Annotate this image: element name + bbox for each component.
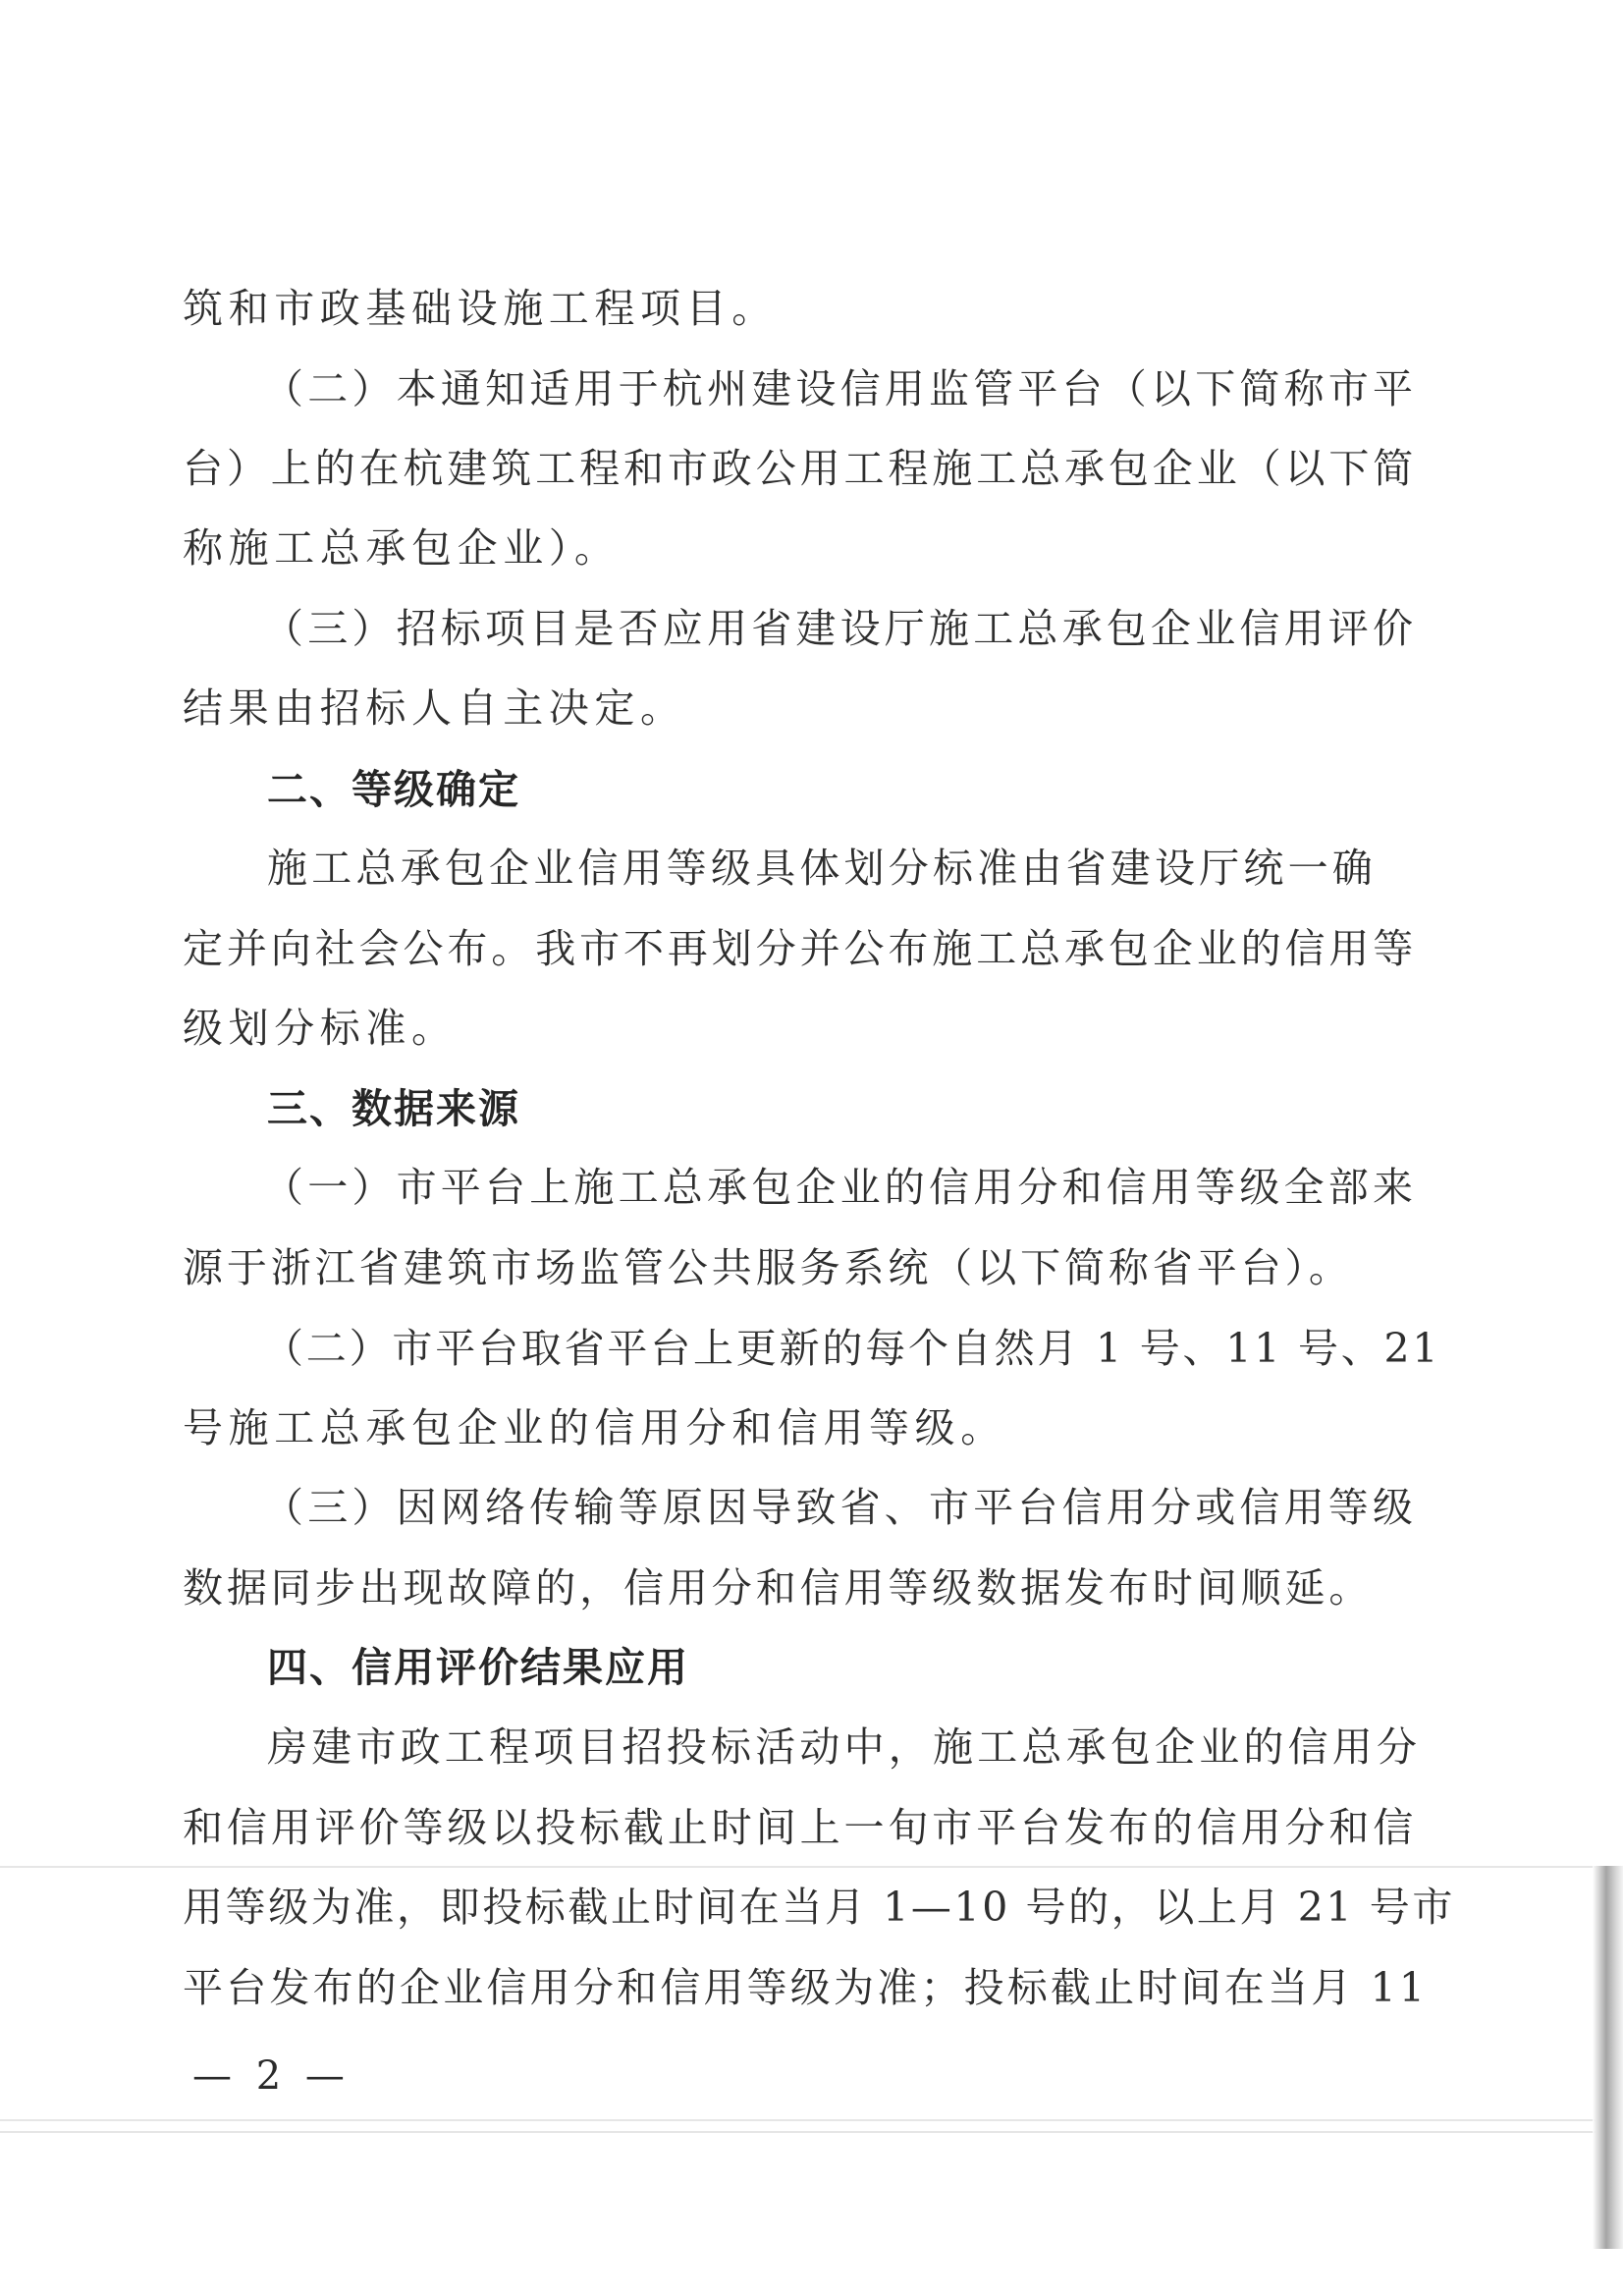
scan-edge-shadow bbox=[1593, 1866, 1623, 2249]
scan-artifact-line bbox=[0, 2119, 1596, 2121]
scan-artifact-line bbox=[0, 1866, 1596, 1868]
document-page: 筑和市政基础设施工程项目。 （二）本通知适用于杭州建设信用监管平台（以下简称市平… bbox=[0, 0, 1623, 2296]
paragraph-line: 房建市政工程项目招投标活动中，施工总承包企业的信用分 bbox=[267, 1722, 1485, 1773]
paragraph-line: 施工总承包企业信用等级具体划分标准由省建设厅统一确 bbox=[267, 843, 1485, 894]
text-line: 筑和市政基础设施工程项目。 bbox=[183, 283, 1400, 334]
text-line: 结果由招标人自主决定。 bbox=[183, 683, 1400, 734]
text-line: 级划分标准。 bbox=[183, 1003, 1400, 1054]
text-line: 用等级为准，即投标截止时间在当月 1—10 号的，以上月 21 号市 bbox=[183, 1882, 1400, 1933]
text-line: 源于浙江省建筑市场监管公共服务系统（以下简称省平台）。 bbox=[183, 1242, 1400, 1293]
text-line: 数据同步出现故障的，信用分和信用等级数据发布时间顺延。 bbox=[183, 1562, 1400, 1613]
text-line: 称施工总承包企业）。 bbox=[183, 522, 1400, 574]
text-line: 和信用评价等级以投标截止时间上一旬市平台发布的信用分和信 bbox=[183, 1802, 1400, 1853]
paragraph-line: （二）本通知适用于杭州建设信用监管平台（以下简称市平 bbox=[263, 363, 1402, 414]
paragraph-line: （二）市平台取省平台上更新的每个自然月 1 号、11 号、21 bbox=[263, 1323, 1481, 1374]
paragraph-line: （三）招标项目是否应用省建设厅施工总承包企业信用评价 bbox=[263, 603, 1481, 654]
scan-artifact-line bbox=[0, 2131, 1596, 2133]
section-heading-grade: 二、等级确定 bbox=[267, 764, 1485, 815]
text-line: 平台发布的企业信用分和信用等级为准；投标截止时间在当月 11 bbox=[183, 1962, 1400, 2013]
paragraph-line: （一）市平台上施工总承包企业的信用分和信用等级全部来 bbox=[263, 1162, 1481, 1213]
paragraph-line: （三）因网络传输等原因导致省、市平台信用分或信用等级 bbox=[263, 1482, 1481, 1533]
text-line: 台）上的在杭建筑工程和市政公用工程施工总承包企业（以下简 bbox=[183, 443, 1400, 494]
text-line: 号施工总承包企业的信用分和信用等级。 bbox=[183, 1402, 1400, 1453]
text-line: 定并向社会公布。我市不再划分并公布施工总承包企业的信用等 bbox=[183, 923, 1400, 974]
section-heading-data-source: 三、数据来源 bbox=[267, 1083, 1485, 1134]
page-number: — 2 — bbox=[192, 2050, 351, 2102]
section-heading-credit-application: 四、信用评价结果应用 bbox=[267, 1642, 1485, 1693]
